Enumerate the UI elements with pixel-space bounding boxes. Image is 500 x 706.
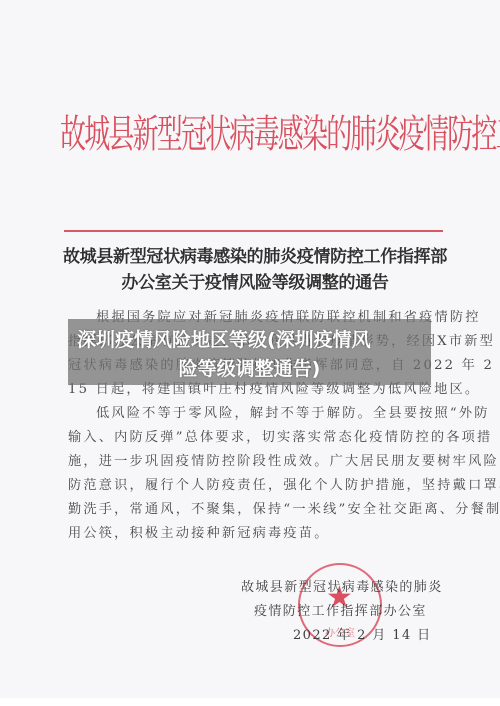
notice-title-line-1: 故城县新型冠状病毒感染的肺炎疫情防控工作指挥部: [60, 242, 450, 267]
overlay-title-line-1: 深圳疫情风险地区等级(深圳疫情风: [68, 325, 431, 352]
body-paragraph-2-line-1: 低风险不等于零风险，解封不等于解防。全县要按照“外防: [68, 405, 438, 423]
signature-org-line-2: 疫情防控工作指挥部办公室: [254, 600, 427, 619]
page-bottom-edge: [0, 698, 500, 706]
document-page: 故城县新型冠状病毒感染的肺炎疫情防控工作指挥部办公室 故城县新型冠状病毒感染的肺…: [0, 0, 500, 706]
body-paragraph-2-line-4: 防范意识，履行个人防疫责任，强化个人防护措施，坚持戴口罩、: [68, 477, 438, 495]
headline-overlay-banner: 深圳疫情风险地区等级(深圳疫情风 险等级调整通告): [68, 319, 431, 385]
overlay-title-line-2: 险等级调整通告): [68, 354, 431, 381]
body-paragraph-2-line-3: 施，进一步巩固疫情防控阶段性成效。广大居民朋友要树牢风险: [68, 453, 438, 471]
body-paragraph-2-line-2: 输入、内防反弹”总体要求，切实落实常态化疫情防控的各项措: [68, 429, 438, 447]
signature-date: 2022 年 2 月 14 日: [293, 624, 432, 643]
body-paragraph-2-line-6: 用公筷，积极主动接种新冠病毒疫苗。: [68, 525, 438, 543]
red-divider-line: [64, 230, 443, 232]
letterhead-title: 故城县新型冠状病毒感染的肺炎疫情防控工作指挥部办公室: [60, 104, 450, 160]
notice-title-line-2: 办公室关于疫情风险等级调整的通告: [60, 268, 450, 293]
body-paragraph-2-line-5: 勤洗手，常通风，不聚集，保持“一米线”安全社交距离、分餐制、: [68, 501, 438, 519]
signature-org-line-1: 故城县新型冠状病毒感染的肺炎: [241, 576, 443, 595]
